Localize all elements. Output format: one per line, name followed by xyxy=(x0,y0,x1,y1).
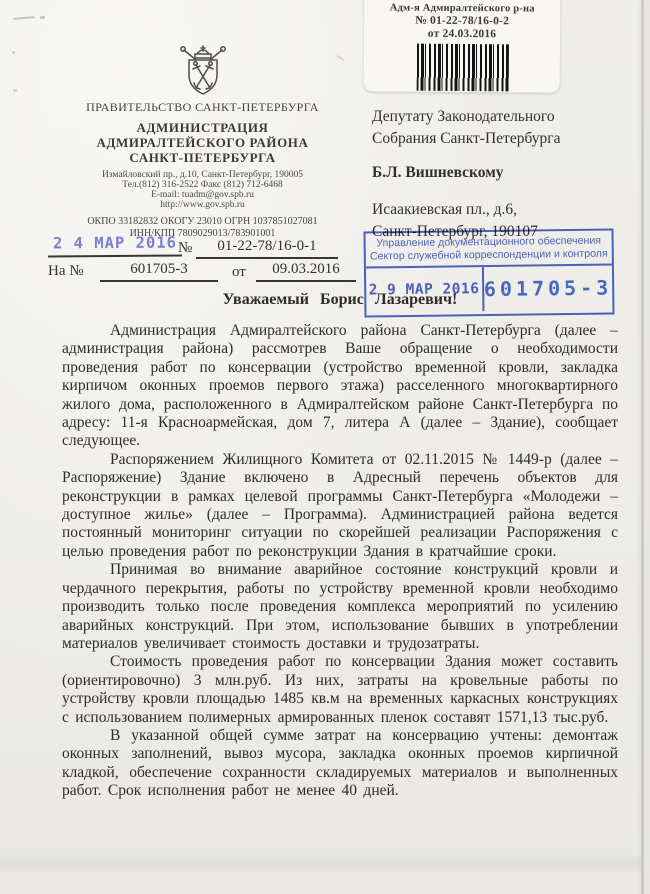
org-name-line2: АДМИРАЛТЕЙСКОГО РАЙОНА xyxy=(55,135,350,150)
org-phone: Тел.(812) 316-2522 Факс (812) 712-6468 xyxy=(55,180,350,190)
incoming-date-stamp: 2 4 МАР 2016 xyxy=(48,234,182,258)
reply-to-number: 601705-3 xyxy=(100,261,218,282)
letterhead: ПРАВИТЕЛЬСТВО САНКТ-ПЕТЕРБУРГА АДМИНИСТР… xyxy=(55,42,350,240)
paragraph-5: В указанной общей сумме затрат на консер… xyxy=(62,727,618,801)
recipient-block: Депутату Законодательного Собрания Санкт… xyxy=(372,106,602,243)
org-codes-line1: ОКПО 33182832 ОКОГУ 23010 ОГРН 103785102… xyxy=(55,216,350,228)
org-name-line1: АДМИНИСТРАЦИЯ xyxy=(55,120,350,135)
paragraph-2: Распоряжением Жилищного Комитета от 02.1… xyxy=(62,451,618,561)
recipient-address-line1: Исаакиевская пл., д.6, xyxy=(372,199,602,221)
letter-body: Администрация Адмиралтейского района Сан… xyxy=(62,322,618,801)
recipient-name: Б.Л. Вишневскому xyxy=(372,162,602,184)
recipient-title-line1: Депутату Законодательного xyxy=(372,106,602,128)
paragraph-1: Администрация Адмиралтейского района Сан… xyxy=(62,322,618,451)
scan-speck xyxy=(13,89,17,92)
recipient-title-line2: Собрания Санкт-Петербурга xyxy=(372,128,602,150)
stamp-office-line2: Сектор служебной корреспонденции и контр… xyxy=(368,248,610,264)
sticker-number-line: № 01-22-78/16-0-2 xyxy=(364,14,560,28)
sticker-org-line: Адм-я Адмиралтейского р-на xyxy=(364,1,560,15)
outgoing-number-value: 01-22-78/16-0-1 xyxy=(196,238,338,259)
org-website: http://www.gov.spb.ru xyxy=(55,200,350,210)
reply-date-label: от xyxy=(232,264,246,281)
registration-stamp-header: Управление документационного обеспечения… xyxy=(366,231,612,269)
spb-coat-of-arms-icon xyxy=(173,42,233,96)
paragraph-3: Принимая во внимание аварийное состояние… xyxy=(62,561,618,653)
sticker-date-line: от 24.03.2016 xyxy=(364,27,560,41)
outgoing-number-label: № xyxy=(178,240,192,257)
salutation: Уважаемый Борис Лазаревич! xyxy=(62,291,618,309)
registration-sticker: Адм-я Адмиралтейского р-на № 01-22-78/16… xyxy=(364,0,561,93)
scan-edge-line xyxy=(641,0,644,894)
org-address: Измайловский пр., д.10, Санкт-Петербург,… xyxy=(55,170,350,180)
org-email: E-mail: tuadm@gov.spb.ru xyxy=(55,190,350,200)
scan-edge-pale xyxy=(644,0,650,894)
paragraph-4: Стоимость проведения работ по консерваци… xyxy=(62,653,618,727)
scan-speck xyxy=(40,16,45,19)
scanned-official-letter: Адм-я Адмиралтейского р-на № 01-22-78/16… xyxy=(0,0,650,894)
reply-to-label: На № xyxy=(48,263,84,280)
scan-speck xyxy=(12,51,15,54)
paper-fold-shadow xyxy=(0,854,641,872)
barcode-icon xyxy=(417,44,509,92)
reply-date-value: 09.03.2016 xyxy=(256,261,356,282)
government-line: ПРАВИТЕЛЬСТВО САНКТ-ПЕТЕРБУРГА xyxy=(55,100,350,115)
org-name-line3: САНКТ-ПЕТЕРБУРГА xyxy=(55,150,350,165)
scan-speck xyxy=(13,16,35,20)
